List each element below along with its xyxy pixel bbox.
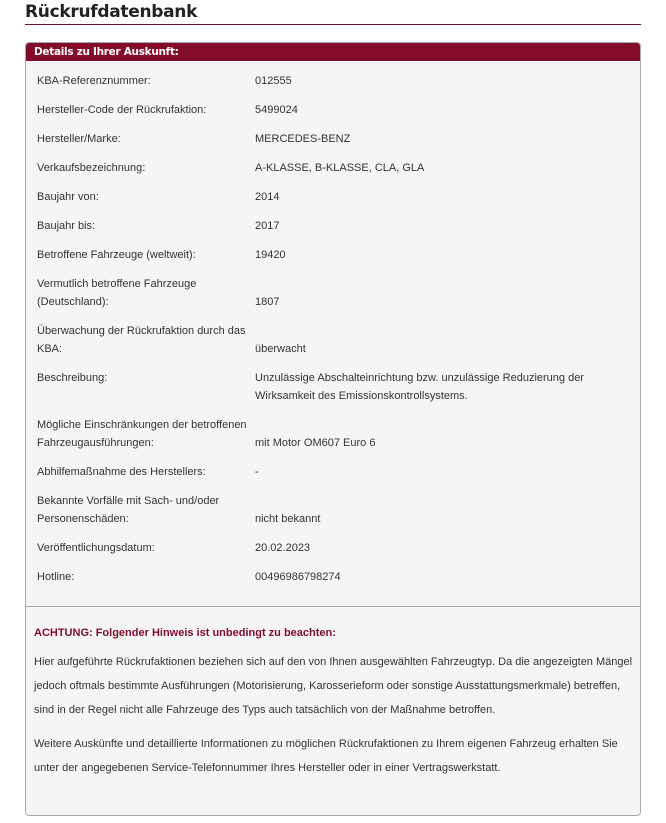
detail-value: MERCEDES-BENZ (255, 130, 625, 148)
detail-row-affected-germany: Vermutlich betroffene Fahrzeuge (Deutsch… (26, 275, 640, 311)
detail-label: Beschreibung: (37, 369, 255, 405)
detail-row-year-to: Baujahr bis: 2017 (26, 217, 640, 235)
detail-label: Baujahr bis: (37, 217, 255, 235)
detail-label: Baujahr von: (37, 188, 255, 206)
detail-label: Hersteller/Marke: (37, 130, 255, 148)
detail-value: mit Motor OM607 Euro 6 (255, 434, 625, 452)
detail-value: nicht bekannt (255, 510, 625, 528)
detail-label: Überwachung der Rückrufaktion durch das … (37, 322, 255, 358)
detail-value: 20.02.2023 (255, 539, 625, 557)
detail-label: Bekannte Vorfälle mit Sach- und/oder Per… (37, 492, 255, 528)
detail-value: 19420 (255, 246, 625, 264)
detail-row-affected-worldwide: Betroffene Fahrzeuge (weltweit): 19420 (26, 246, 640, 264)
detail-row-description: Beschreibung: Unzulässige Abschalteinric… (26, 369, 640, 405)
detail-row-kba-monitoring: Überwachung der Rückrufaktion durch das … (26, 322, 640, 358)
detail-value: 012555 (255, 72, 625, 90)
notice-paragraph: Weitere Auskünfte und detaillierte Infor… (34, 732, 634, 780)
detail-label: Hersteller-Code der Rückrufaktion: (37, 101, 255, 119)
detail-value: 5499024 (255, 101, 625, 119)
warning-notice: ACHTUNG: Folgender Hinweis ist unbedingt… (34, 624, 634, 790)
detail-row-manufacturer-code: Hersteller-Code der Rückrufaktion: 54990… (26, 101, 640, 119)
warning-title: ACHTUNG: Folgender Hinweis ist unbedingt… (34, 624, 634, 642)
details-list: KBA-Referenznummer: 012555 Hersteller-Co… (26, 61, 640, 586)
details-panel: Details zu Ihrer Auskunft: KBA-Referenzn… (25, 42, 641, 816)
panel-header: Details zu Ihrer Auskunft: (26, 43, 640, 61)
detail-label: Vermutlich betroffene Fahrzeuge (Deutsch… (37, 275, 255, 311)
detail-value: - (255, 463, 625, 481)
detail-row-manufacturer-brand: Hersteller/Marke: MERCEDES-BENZ (26, 130, 640, 148)
detail-label: Betroffene Fahrzeuge (weltweit): (37, 246, 255, 264)
detail-label: Verkaufsbezeichnung: (37, 159, 255, 177)
notice-paragraph: Hier aufgeführte Rückrufaktionen beziehe… (34, 650, 634, 722)
detail-label: KBA-Referenznummer: (37, 72, 255, 90)
detail-label: Hotline: (37, 568, 255, 586)
detail-row-kba-reference: KBA-Referenznummer: 012555 (26, 72, 640, 90)
page-title: Rückrufdatenbank (25, 2, 641, 25)
detail-row-restrictions: Mögliche Einschränkungen der betroffenen… (26, 416, 640, 452)
detail-value: 00496986798274 (255, 568, 625, 586)
detail-row-remedy: Abhilfemaßnahme des Herstellers: - (26, 463, 640, 481)
detail-value: überwacht (255, 340, 625, 358)
detail-row-publication-date: Veröffentlichungsdatum: 20.02.2023 (26, 539, 640, 557)
section-divider (26, 606, 640, 607)
detail-row-known-incidents: Bekannte Vorfälle mit Sach- und/oder Per… (26, 492, 640, 528)
detail-row-hotline: Hotline: 00496986798274 (26, 568, 640, 586)
detail-value: Unzulässige Abschalteinrichtung bzw. unz… (255, 369, 625, 405)
detail-value: 2014 (255, 188, 625, 206)
detail-row-sales-name: Verkaufsbezeichnung: A-KLASSE, B-KLASSE,… (26, 159, 640, 177)
detail-label: Abhilfemaßnahme des Herstellers: (37, 463, 255, 481)
detail-label: Veröffentlichungsdatum: (37, 539, 255, 557)
detail-row-year-from: Baujahr von: 2014 (26, 188, 640, 206)
detail-value: 2017 (255, 217, 625, 235)
detail-value: 1807 (255, 293, 625, 311)
detail-value: A-KLASSE, B-KLASSE, CLA, GLA (255, 159, 625, 177)
detail-label: Mögliche Einschränkungen der betroffenen… (37, 416, 255, 452)
